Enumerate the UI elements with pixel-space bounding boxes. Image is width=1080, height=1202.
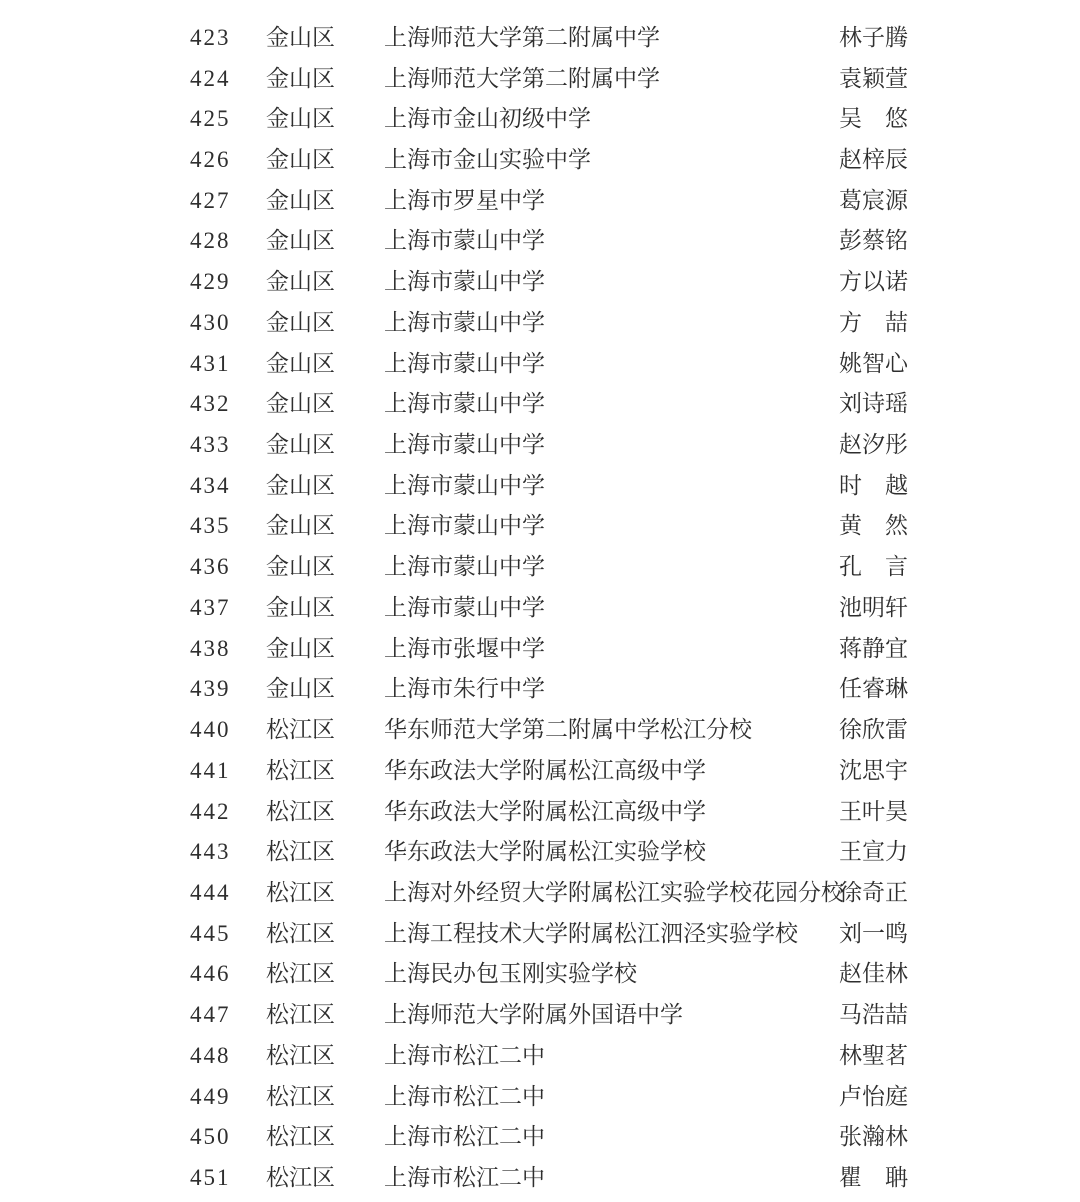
school-cell: 上海师范大学第二附属中学 <box>384 67 839 90</box>
row-number-cell: 446 <box>190 962 266 985</box>
school-cell: 上海市金山初级中学 <box>384 107 839 130</box>
school-cell: 上海市松江二中 <box>384 1085 839 1108</box>
row-number-cell: 450 <box>190 1125 266 1148</box>
row-number-cell: 449 <box>190 1085 266 1108</box>
table-row: 432金山区上海市蒙山中学刘诗瑶 <box>190 383 1080 424</box>
district-cell: 金山区 <box>266 352 384 375</box>
student-name-cell: 蒋静宜 <box>839 637 911 660</box>
row-number-cell: 434 <box>190 474 266 497</box>
row-number-cell: 437 <box>190 596 266 619</box>
student-name-cell: 徐奇正 <box>839 881 911 904</box>
student-name-cell: 张瀚林 <box>839 1125 911 1148</box>
row-number-cell: 436 <box>190 555 266 578</box>
table-row: 451松江区上海市松江二中瞿 聃 <box>190 1157 1080 1198</box>
document-page: 423金山区上海师范大学第二附属中学林子腾424金山区上海师范大学第二附属中学袁… <box>0 0 1080 1202</box>
row-number-cell: 429 <box>190 270 266 293</box>
district-cell: 松江区 <box>266 962 384 985</box>
district-cell: 松江区 <box>266 718 384 741</box>
school-cell: 上海市蒙山中学 <box>384 555 839 578</box>
row-number-cell: 441 <box>190 759 266 782</box>
table-row: 430金山区上海市蒙山中学方 喆 <box>190 302 1080 343</box>
student-name-cell: 林子腾 <box>839 26 911 49</box>
district-cell: 松江区 <box>266 881 384 904</box>
table-row: 423金山区上海师范大学第二附属中学林子腾 <box>190 17 1080 58</box>
row-number-cell: 423 <box>190 26 266 49</box>
school-cell: 上海市松江二中 <box>384 1125 839 1148</box>
table-row: 431金山区上海市蒙山中学姚智心 <box>190 343 1080 384</box>
school-cell: 上海师范大学附属外国语中学 <box>384 1003 839 1026</box>
row-number-cell: 443 <box>190 840 266 863</box>
district-cell: 金山区 <box>266 637 384 660</box>
row-number-cell: 447 <box>190 1003 266 1026</box>
student-name-cell: 卢怡庭 <box>839 1085 911 1108</box>
table-row: 441松江区华东政法大学附属松江高级中学沈思宇 <box>190 750 1080 791</box>
district-cell: 松江区 <box>266 1085 384 1108</box>
table-row: 448松江区上海市松江二中林聖茗 <box>190 1035 1080 1076</box>
district-cell: 金山区 <box>266 474 384 497</box>
district-cell: 松江区 <box>266 1044 384 1067</box>
district-cell: 金山区 <box>266 555 384 578</box>
row-number-cell: 440 <box>190 718 266 741</box>
school-cell: 上海市张堰中学 <box>384 637 839 660</box>
student-name-cell: 林聖茗 <box>839 1044 911 1067</box>
row-number-cell: 430 <box>190 311 266 334</box>
row-number-cell: 424 <box>190 67 266 90</box>
student-name-cell: 池明轩 <box>839 596 911 619</box>
student-name-cell: 方以诺 <box>839 270 911 293</box>
row-number-cell: 438 <box>190 637 266 660</box>
student-name-cell: 徐欣雷 <box>839 718 911 741</box>
district-cell: 松江区 <box>266 1166 384 1189</box>
row-number-cell: 444 <box>190 881 266 904</box>
table-row: 438金山区上海市张堰中学蒋静宜 <box>190 628 1080 669</box>
student-name-cell: 马浩喆 <box>839 1003 911 1026</box>
table-row: 439金山区上海市朱行中学任睿琳 <box>190 669 1080 710</box>
student-name-cell: 葛宸源 <box>839 189 911 212</box>
student-name-cell: 彭蔡铭 <box>839 229 911 252</box>
row-number-cell: 427 <box>190 189 266 212</box>
school-cell: 上海市蒙山中学 <box>384 514 839 537</box>
district-cell: 金山区 <box>266 189 384 212</box>
roster-table-body: 423金山区上海师范大学第二附属中学林子腾424金山区上海师范大学第二附属中学袁… <box>190 17 1080 1198</box>
table-row: 449松江区上海市松江二中卢怡庭 <box>190 1076 1080 1117</box>
school-cell: 上海市蒙山中学 <box>384 311 839 334</box>
table-row: 446松江区上海民办包玉刚实验学校赵佳林 <box>190 954 1080 995</box>
student-name-cell: 时 越 <box>839 474 911 497</box>
district-cell: 松江区 <box>266 840 384 863</box>
row-number-cell: 442 <box>190 800 266 823</box>
table-row: 440松江区华东师范大学第二附属中学松江分校徐欣雷 <box>190 709 1080 750</box>
school-cell: 上海市朱行中学 <box>384 677 839 700</box>
school-cell: 上海市金山实验中学 <box>384 148 839 171</box>
row-number-cell: 431 <box>190 352 266 375</box>
student-name-cell: 王叶昊 <box>839 800 911 823</box>
row-number-cell: 435 <box>190 514 266 537</box>
student-name-cell: 赵汐彤 <box>839 433 911 456</box>
table-row: 437金山区上海市蒙山中学池明轩 <box>190 587 1080 628</box>
district-cell: 金山区 <box>266 229 384 252</box>
district-cell: 金山区 <box>266 433 384 456</box>
table-row: 428金山区上海市蒙山中学彭蔡铭 <box>190 221 1080 262</box>
district-cell: 松江区 <box>266 759 384 782</box>
school-cell: 上海市蒙山中学 <box>384 596 839 619</box>
student-name-cell: 姚智心 <box>839 352 911 375</box>
district-cell: 金山区 <box>266 67 384 90</box>
row-number-cell: 426 <box>190 148 266 171</box>
district-cell: 松江区 <box>266 800 384 823</box>
table-row: 447松江区上海师范大学附属外国语中学马浩喆 <box>190 994 1080 1035</box>
row-number-cell: 432 <box>190 392 266 415</box>
table-row: 435金山区上海市蒙山中学黄 然 <box>190 506 1080 547</box>
school-cell: 上海市蒙山中学 <box>384 270 839 293</box>
table-row: 450松江区上海市松江二中张瀚林 <box>190 1116 1080 1157</box>
row-number-cell: 425 <box>190 107 266 130</box>
district-cell: 松江区 <box>266 1003 384 1026</box>
district-cell: 金山区 <box>266 392 384 415</box>
district-cell: 金山区 <box>266 26 384 49</box>
table-row: 445松江区上海工程技术大学附属松江泗泾实验学校刘一鸣 <box>190 913 1080 954</box>
school-cell: 上海市蒙山中学 <box>384 352 839 375</box>
district-cell: 金山区 <box>266 270 384 293</box>
district-cell: 金山区 <box>266 107 384 130</box>
student-name-cell: 沈思宇 <box>839 759 911 782</box>
row-number-cell: 448 <box>190 1044 266 1067</box>
school-cell: 上海市蒙山中学 <box>384 433 839 456</box>
student-name-cell: 吴 悠 <box>839 107 911 130</box>
school-cell: 上海市蒙山中学 <box>384 392 839 415</box>
table-row: 433金山区上海市蒙山中学赵汐彤 <box>190 424 1080 465</box>
student-name-cell: 赵梓辰 <box>839 148 911 171</box>
row-number-cell: 445 <box>190 922 266 945</box>
school-cell: 华东师范大学第二附属中学松江分校 <box>384 718 839 741</box>
district-cell: 松江区 <box>266 922 384 945</box>
school-cell: 上海市蒙山中学 <box>384 229 839 252</box>
school-cell: 华东政法大学附属松江高级中学 <box>384 759 839 782</box>
table-row: 424金山区上海师范大学第二附属中学袁颖萱 <box>190 58 1080 99</box>
school-cell: 上海师范大学第二附属中学 <box>384 26 839 49</box>
row-number-cell: 439 <box>190 677 266 700</box>
school-cell: 上海市松江二中 <box>384 1166 839 1189</box>
student-name-cell: 赵佳林 <box>839 962 911 985</box>
table-row: 429金山区上海市蒙山中学方以诺 <box>190 261 1080 302</box>
district-cell: 金山区 <box>266 148 384 171</box>
district-cell: 金山区 <box>266 677 384 700</box>
school-cell: 华东政法大学附属松江高级中学 <box>384 800 839 823</box>
district-cell: 松江区 <box>266 1125 384 1148</box>
district-cell: 金山区 <box>266 596 384 619</box>
table-row: 436金山区上海市蒙山中学孔 言 <box>190 546 1080 587</box>
table-row: 444松江区上海对外经贸大学附属松江实验学校花园分校徐奇正 <box>190 872 1080 913</box>
school-cell: 上海工程技术大学附属松江泗泾实验学校 <box>384 922 839 945</box>
table-row: 442松江区华东政法大学附属松江高级中学王叶昊 <box>190 791 1080 832</box>
student-name-cell: 任睿琳 <box>839 677 911 700</box>
table-row: 426金山区上海市金山实验中学赵梓辰 <box>190 139 1080 180</box>
school-cell: 上海市蒙山中学 <box>384 474 839 497</box>
table-row: 434金山区上海市蒙山中学时 越 <box>190 465 1080 506</box>
student-name-cell: 黄 然 <box>839 514 911 537</box>
student-name-cell: 王宣力 <box>839 840 911 863</box>
table-row: 425金山区上海市金山初级中学吴 悠 <box>190 98 1080 139</box>
district-cell: 金山区 <box>266 311 384 334</box>
student-name-cell: 孔 言 <box>839 555 911 578</box>
student-name-cell: 方 喆 <box>839 311 911 334</box>
table-row: 443松江区华东政法大学附属松江实验学校王宣力 <box>190 831 1080 872</box>
student-name-cell: 袁颖萱 <box>839 67 911 90</box>
district-cell: 金山区 <box>266 514 384 537</box>
school-cell: 上海市松江二中 <box>384 1044 839 1067</box>
student-name-cell: 刘诗瑶 <box>839 392 911 415</box>
student-name-cell: 瞿 聃 <box>839 1166 911 1189</box>
student-name-cell: 刘一鸣 <box>839 922 911 945</box>
row-number-cell: 451 <box>190 1166 266 1189</box>
school-cell: 上海对外经贸大学附属松江实验学校花园分校 <box>384 881 839 904</box>
row-number-cell: 428 <box>190 229 266 252</box>
school-cell: 上海民办包玉刚实验学校 <box>384 962 839 985</box>
table-row: 427金山区上海市罗星中学葛宸源 <box>190 180 1080 221</box>
school-cell: 华东政法大学附属松江实验学校 <box>384 840 839 863</box>
row-number-cell: 433 <box>190 433 266 456</box>
school-cell: 上海市罗星中学 <box>384 189 839 212</box>
